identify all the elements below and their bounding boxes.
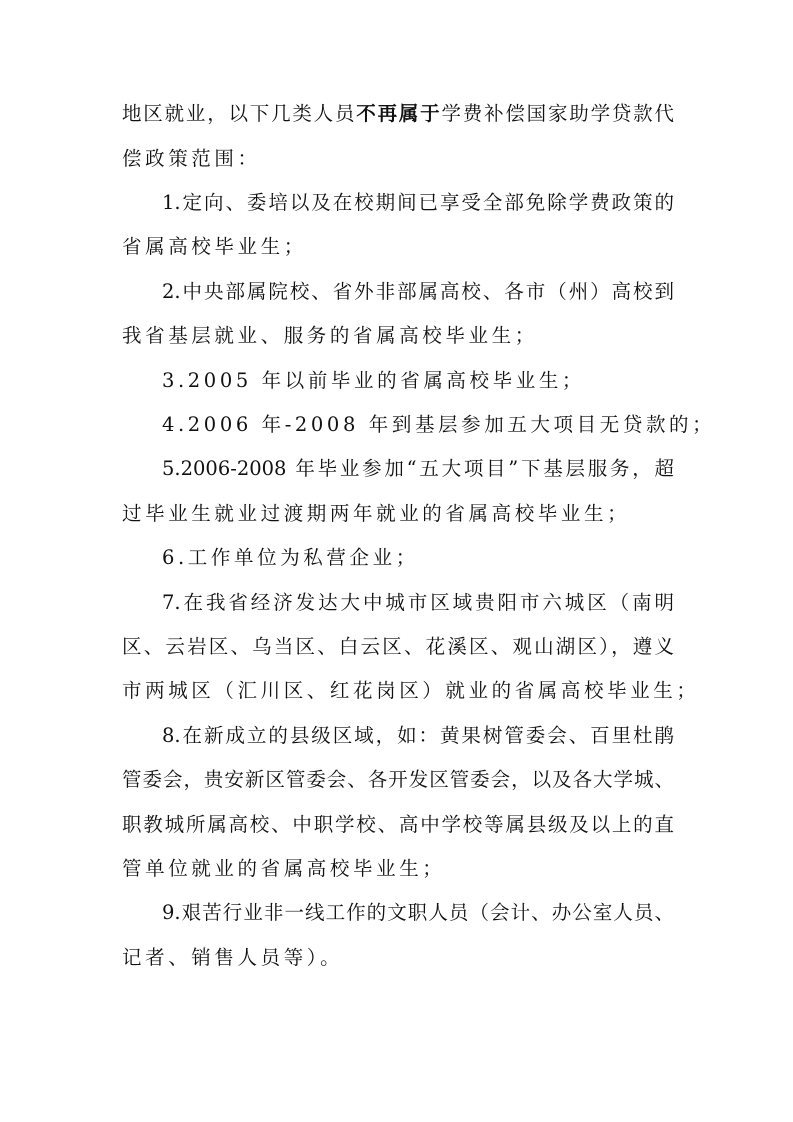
list-item-5: 5.2006-2008 年毕业参加“五大项目”下基层服务，超 — [162, 455, 674, 483]
emphasis-text: 不再属于 — [356, 102, 441, 125]
list-item-8: 8.在新成立的县级区域，如：黄果树管委会、百里杜鹃 — [162, 722, 674, 750]
list-item-8-cont: 职教城所属高校、中职学校、高中学校等属县级及以上的直 — [122, 811, 674, 839]
list-item-5-cont: 过毕业生就业过渡期两年就业的省属高校毕业生； — [122, 500, 674, 528]
list-item-7: 7.在我省经济发达大中城市区域贵阳市六城区（南明 — [162, 589, 674, 617]
paragraph-line: 偿政策范围： — [122, 145, 674, 173]
list-item-8-cont: 管委会，贵安新区管委会、各开发区管委会，以及各大学城、 — [122, 766, 674, 794]
document-page: 地区就业，以下几类人员不再属于学费补偿国家助学贷款代 偿政策范围： 1.定向、委… — [0, 0, 793, 1122]
list-item-2-cont: 我省基层就业、服务的省属高校毕业生； — [122, 322, 674, 350]
list-item-6: 6.工作单位为私营企业； — [162, 544, 674, 572]
list-item-2: 2.中央部属院校、省外非部属高校、各市（州）高校到 — [162, 278, 674, 306]
list-item-9: 9.艰苦行业非一线工作的文职人员（会计、办公室人员、 — [162, 899, 674, 927]
text-span: 学费补偿国家助学贷款代 — [441, 102, 673, 125]
list-item-1: 1.定向、委培以及在校期间已享受全部免除学费政策的 — [162, 189, 674, 217]
list-item-1-cont: 省属高校毕业生； — [122, 233, 674, 261]
list-item-7-cont: 市两城区（汇川区、红花岗区）就业的省属高校毕业生； — [122, 677, 674, 705]
paragraph-line: 地区就业，以下几类人员不再属于学费补偿国家助学贷款代 — [122, 100, 674, 128]
list-item-3: 3.2005 年以前毕业的省属高校毕业生； — [162, 367, 674, 395]
list-item-9-cont: 记者、销售人员等）。 — [122, 944, 674, 972]
list-item-7-cont: 区、云岩区、乌当区、白云区、花溪区、观山湖区），遵义 — [122, 633, 674, 661]
list-item-4: 4.2006 年-2008 年到基层参加五大项目无贷款的； — [162, 411, 674, 439]
text-span: 地区就业，以下几类人员 — [122, 102, 356, 125]
list-item-8-cont: 管单位就业的省属高校毕业生； — [122, 855, 674, 883]
